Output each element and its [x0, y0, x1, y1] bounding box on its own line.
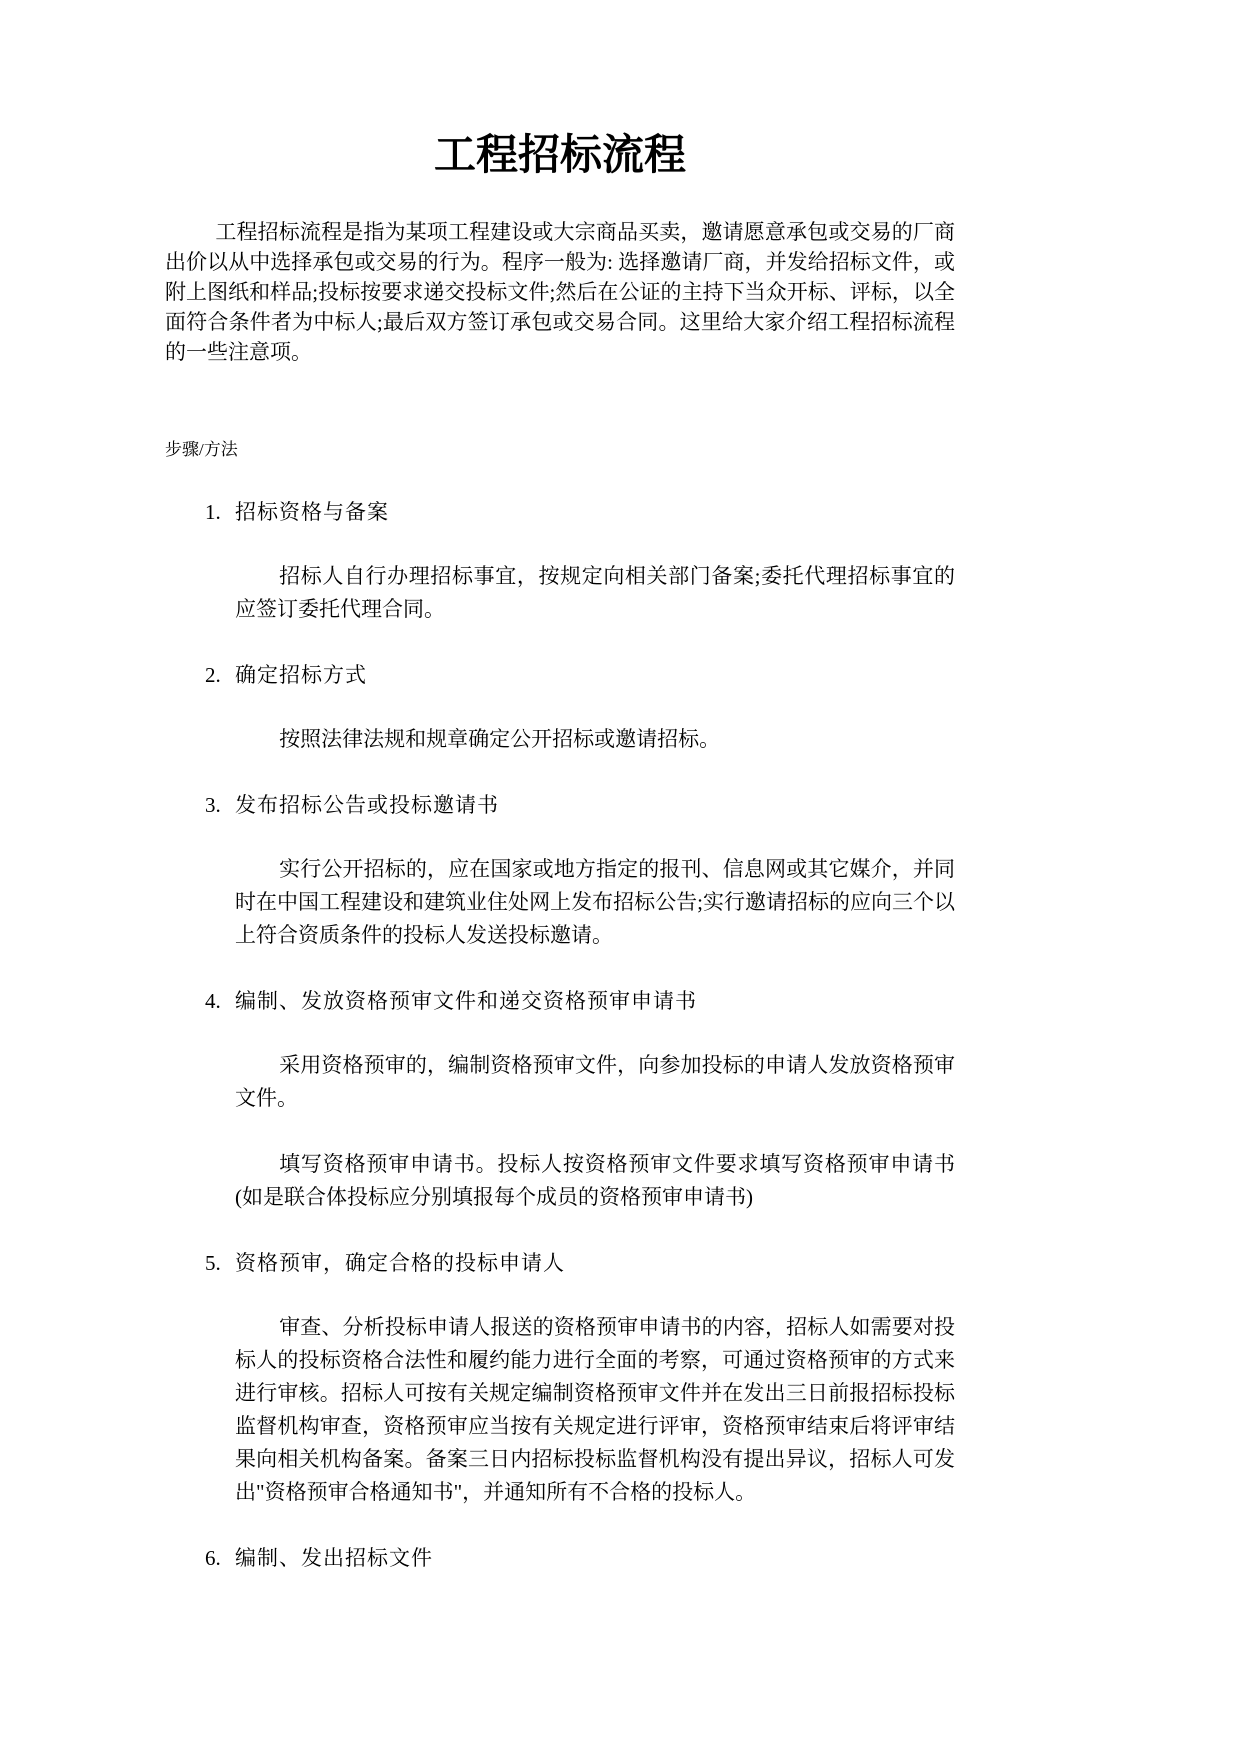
step-number: 6. [205, 1543, 235, 1573]
step-title: 编制、发放资格预审文件和递交资格预审申请书 [235, 989, 697, 1013]
step-number: 4. [205, 986, 235, 1016]
step-heading: 4.编制、发放资格预审文件和递交资格预审申请书 [165, 986, 955, 1016]
step-title: 招标资格与备案 [235, 500, 389, 524]
step-item-2: 2.确定招标方式 按照法律法规和规章确定公开招标或邀请招标。 [165, 660, 955, 756]
step-title: 编制、发出招标文件 [235, 1546, 433, 1570]
step-paragraph: 招标人自行办理招标事宜，按规定向相关部门备案;委托代理招标事宜的应签订委托代理合… [235, 560, 955, 626]
steps-list: 1.招标资格与备案 招标人自行办理招标事宜，按规定向相关部门备案;委托代理招标事… [165, 497, 955, 1573]
step-heading: 6.编制、发出招标文件 [165, 1543, 955, 1573]
step-title: 资格预审，确定合格的投标申请人 [235, 1251, 565, 1275]
page-title: 工程招标流程 [165, 128, 955, 185]
step-number: 5. [205, 1248, 235, 1278]
step-title: 发布招标公告或投标邀请书 [235, 793, 499, 817]
step-item-5: 5.资格预审，确定合格的投标申请人 审查、分析投标申请人报送的资格预审申请书的内… [165, 1248, 955, 1509]
step-number: 2. [205, 660, 235, 690]
step-item-4: 4.编制、发放资格预审文件和递交资格预审申请书 采用资格预审的，编制资格预审文件… [165, 986, 955, 1214]
step-paragraph: 实行公开招标的，应在国家或地方指定的报刊、信息网或其它媒介，并同时在中国工程建设… [235, 853, 955, 952]
step-paragraph: 采用资格预审的，编制资格预审文件，向参加投标的申请人发放资格预审文件。 [235, 1049, 955, 1115]
step-title: 确定招标方式 [235, 663, 367, 687]
step-item-3: 3.发布招标公告或投标邀请书 实行公开招标的，应在国家或地方指定的报刊、信息网或… [165, 790, 955, 952]
step-heading: 1.招标资格与备案 [165, 497, 955, 527]
intro-paragraph: 工程招标流程是指为某项工程建设或大宗商品买卖，邀请愿意承包或交易的厂商出价以从中… [165, 217, 955, 367]
step-heading: 2.确定招标方式 [165, 660, 955, 690]
step-heading: 5.资格预审，确定合格的投标申请人 [165, 1248, 955, 1278]
step-paragraph: 填写资格预审申请书。投标人按资格预审文件要求填写资格预审申请书(如是联合体投标应… [235, 1148, 955, 1214]
step-heading: 3.发布招标公告或投标邀请书 [165, 790, 955, 820]
document-body: 工程招标流程 工程招标流程是指为某项工程建设或大宗商品买卖，邀请愿意承包或交易的… [165, 0, 955, 1573]
step-paragraph: 按照法律法规和规章确定公开招标或邀请招标。 [235, 723, 955, 756]
step-item-6: 6.编制、发出招标文件 [165, 1543, 955, 1573]
step-item-1: 1.招标资格与备案 招标人自行办理招标事宜，按规定向相关部门备案;委托代理招标事… [165, 497, 955, 626]
step-paragraph: 审查、分析投标申请人报送的资格预审申请书的内容，招标人如需要对投标人的投标资格合… [235, 1311, 955, 1509]
document-page: 工程招标流程 工程招标流程是指为某项工程建设或大宗商品买卖，邀请愿意承包或交易的… [0, 0, 1241, 1754]
section-label: 步骤/方法 [165, 439, 955, 461]
step-number: 3. [205, 790, 235, 820]
step-number: 1. [205, 497, 235, 527]
